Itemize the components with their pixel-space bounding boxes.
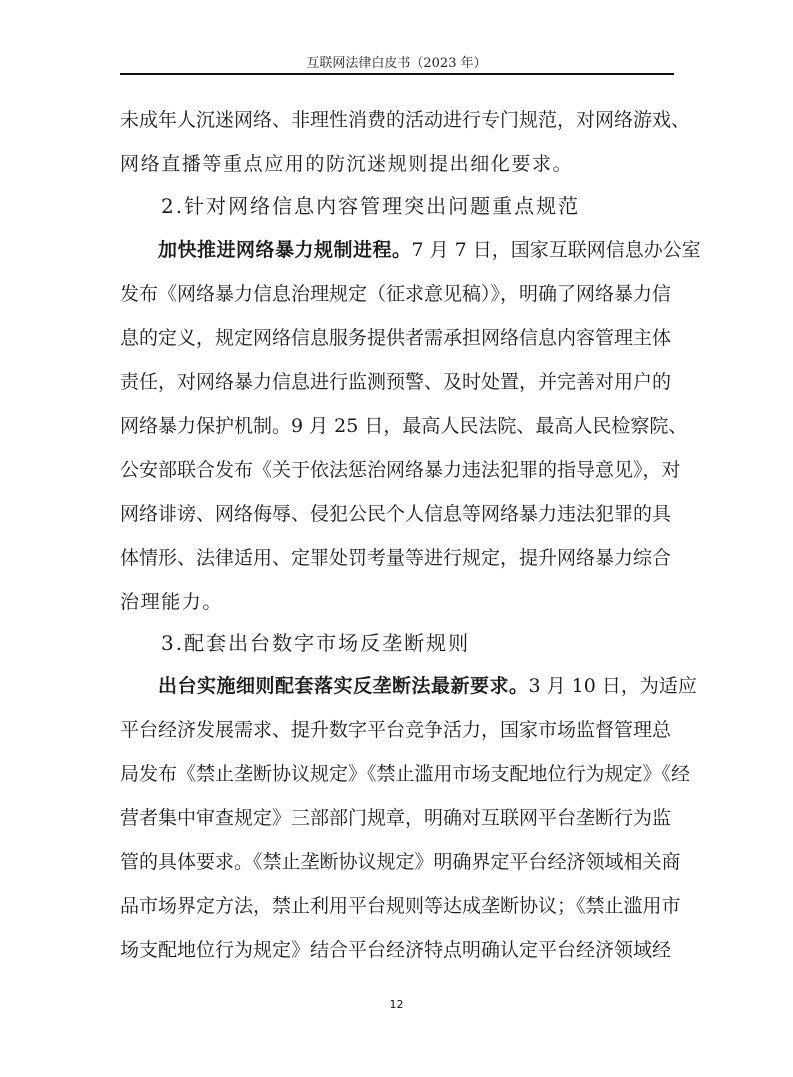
paragraph-line: 局发布《禁止垄断协议规定》《禁止滥用市场支配地位行为规定》《经: [120, 762, 668, 786]
paragraph-lead-bold: 出台实施细则配套落实反垄断法最新要求。: [158, 675, 529, 697]
paragraph-line: 责任，对网络暴力信息进行监测预警、及时处置，并完善对用户的: [120, 370, 668, 394]
paragraph-lead-bold: 加快推进网络暴力规制进程。: [158, 239, 412, 261]
page-number: 12: [0, 998, 793, 1011]
paragraph-lead-line: 加快推进网络暴力规制进程。7 月 7 日，国家互联网信息办公室: [158, 238, 668, 262]
header-divider: [120, 73, 674, 75]
paragraph-line: 体情形、法律适用、定罪处罚考量等进行规定，提升网络暴力综合: [120, 546, 668, 570]
paragraph-line: 网络直播等重点应用的防沉迷规则提出细化要求。: [120, 152, 668, 176]
paragraph-line: 平台经济发展需求、提升数字平台竞争活力，国家市场监督管理总: [120, 718, 668, 742]
paragraph-line: 发布《网络暴力信息治理规定（征求意见稿）》，明确了网络暴力信: [120, 282, 668, 306]
paragraph-line: 场支配地位行为规定》结合平台经济特点明确认定平台经济领域经: [120, 938, 668, 962]
section-heading-2: 2.针对网络信息内容管理突出问题重点规范: [161, 193, 580, 219]
paragraph-line: 网络暴力保护机制。9 月 25 日，最高人民法院、最高人民检察院、: [120, 414, 668, 438]
paragraph-line: 未成年人沉迷网络、非理性消费的活动进行专门规范，对网络游戏、: [120, 108, 668, 132]
section-heading-3: 3.配套出台数字市场反垄断规则: [161, 630, 470, 656]
paragraph-lead-line: 出台实施细则配套落实反垄断法最新要求。3 月 10 日，为适应: [158, 674, 668, 698]
paragraph-line: 息的定义，规定网络信息服务提供者需承担网络信息内容管理主体: [120, 326, 668, 350]
paragraph-line: 网络诽谤、网络侮辱、侵犯公民个人信息等网络暴力违法犯罪的具: [120, 502, 668, 526]
paragraph-line: 品市场界定方法，禁止利用平台规则等达成垄断协议；《禁止滥用市: [120, 894, 668, 918]
header-title: 互联网法律白皮书（2023 年）: [0, 52, 793, 71]
paragraph-line: 管的具体要求。《禁止垄断协议规定》明确界定平台经济领域相关商: [120, 850, 668, 874]
paragraph-line: 治理能力。: [120, 590, 668, 614]
paragraph-line: 营者集中审查规定》三部部门规章，明确对互联网平台垄断行为监: [120, 806, 668, 830]
paragraph-line: 公安部联合发布《关于依法惩治网络暴力违法犯罪的指导意见》，对: [120, 458, 668, 482]
paragraph-lead-rest: 7 月 7 日，国家互联网信息办公室: [412, 239, 701, 261]
paragraph-lead-rest: 3 月 10 日，为适应: [529, 675, 697, 697]
